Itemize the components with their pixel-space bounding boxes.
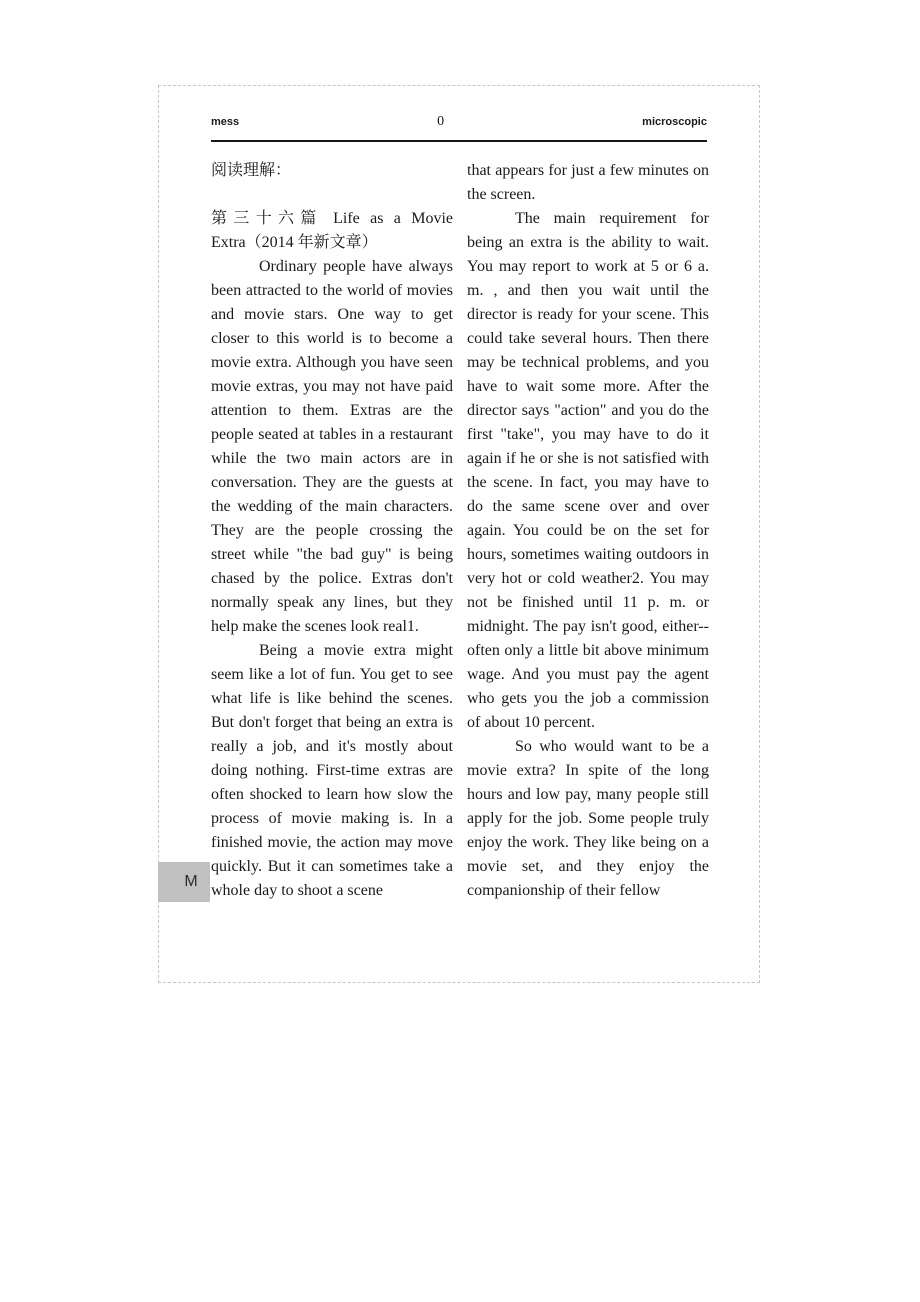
margin-marker-label: M (184, 873, 197, 891)
two-column-layout: 阅读理解： 第三十六篇 Life as a Movie Extra（2014 年… (211, 159, 707, 903)
header-left-text: mess (211, 115, 239, 129)
article-title-line-2: Extra（2014 年新文章） (211, 231, 453, 255)
margin-marker[interactable]: M (158, 862, 210, 902)
page-header: mess 0 microscopic (211, 86, 707, 142)
paragraph: that appears for just a few minutes on t… (467, 159, 709, 207)
blank-line (211, 183, 453, 207)
paragraph: So who would want to be a movie extra? I… (467, 735, 709, 903)
header-page-number: 0 (437, 115, 444, 129)
section-heading: 阅读理解： (211, 159, 453, 183)
column-right: that appears for just a few minutes on t… (467, 159, 709, 903)
paragraph: The main requirement for being an extra … (467, 207, 709, 735)
article-title-line-1: 第三十六篇 Life as a Movie (211, 207, 453, 231)
document-page: mess 0 microscopic 阅读理解： 第三十六篇 Life as a… (158, 85, 760, 983)
paragraph: Ordinary people have always been attract… (211, 255, 453, 639)
column-left: 阅读理解： 第三十六篇 Life as a Movie Extra（2014 年… (211, 159, 453, 903)
header-right-text: microscopic (642, 115, 707, 129)
paragraph: Being a movie extra might seem like a lo… (211, 639, 453, 903)
